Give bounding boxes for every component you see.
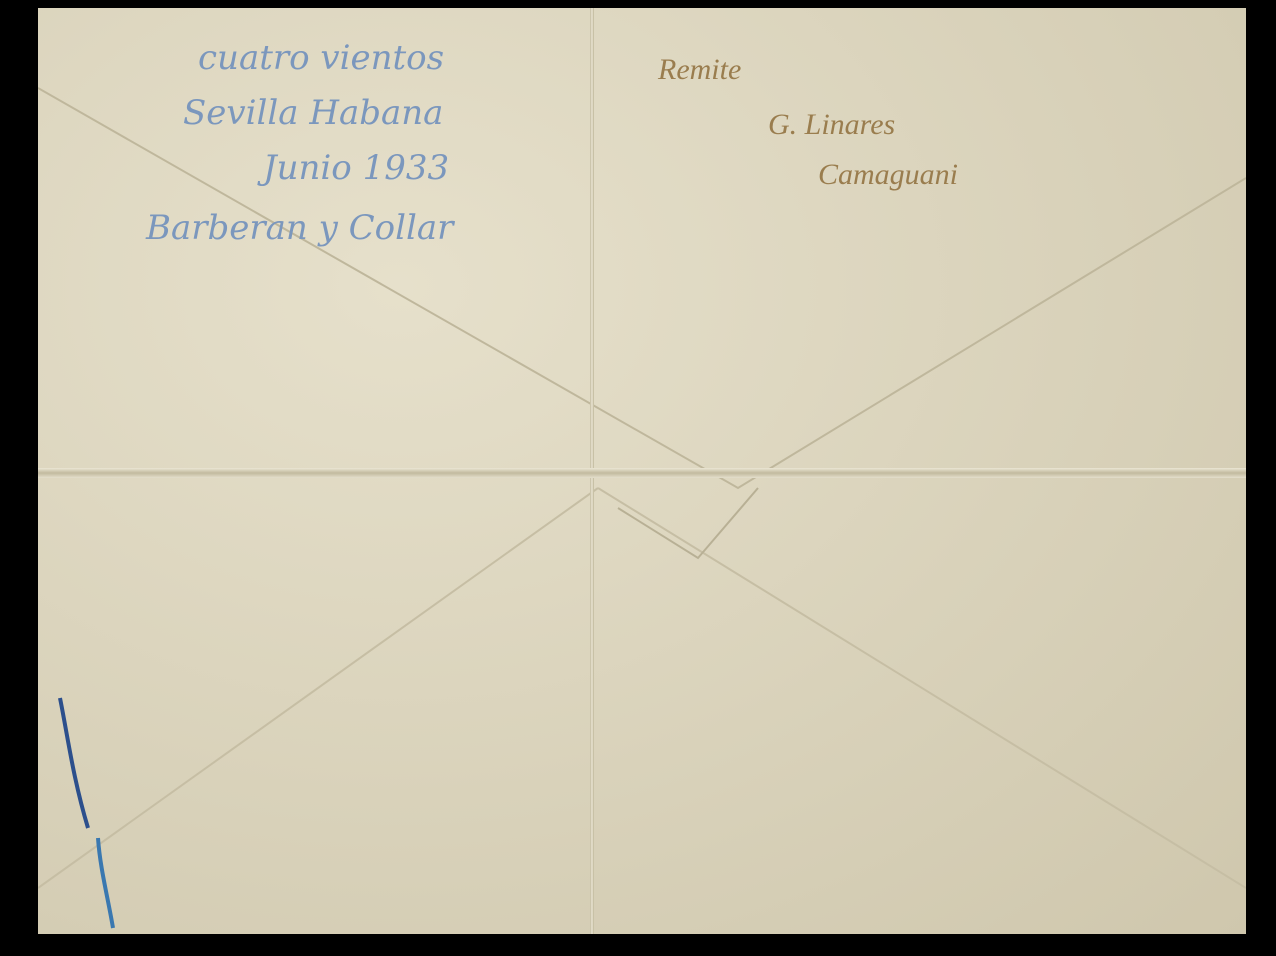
pencil-line-4: Barberan y Collar: [146, 208, 453, 248]
pencil-line-1: cuatro vientos: [198, 38, 444, 78]
horizontal-fold: [38, 468, 1246, 478]
sender-label: Remite: [658, 53, 741, 87]
sender-name: G. Linares: [768, 108, 895, 142]
pencil-line-3: Junio 1933: [263, 148, 449, 188]
sender-town: Camaguani: [818, 158, 958, 192]
envelope-back: cuatro vientos Sevilla Habana Junio 1933…: [38, 8, 1246, 934]
pencil-line-2: Sevilla Habana: [183, 93, 443, 133]
